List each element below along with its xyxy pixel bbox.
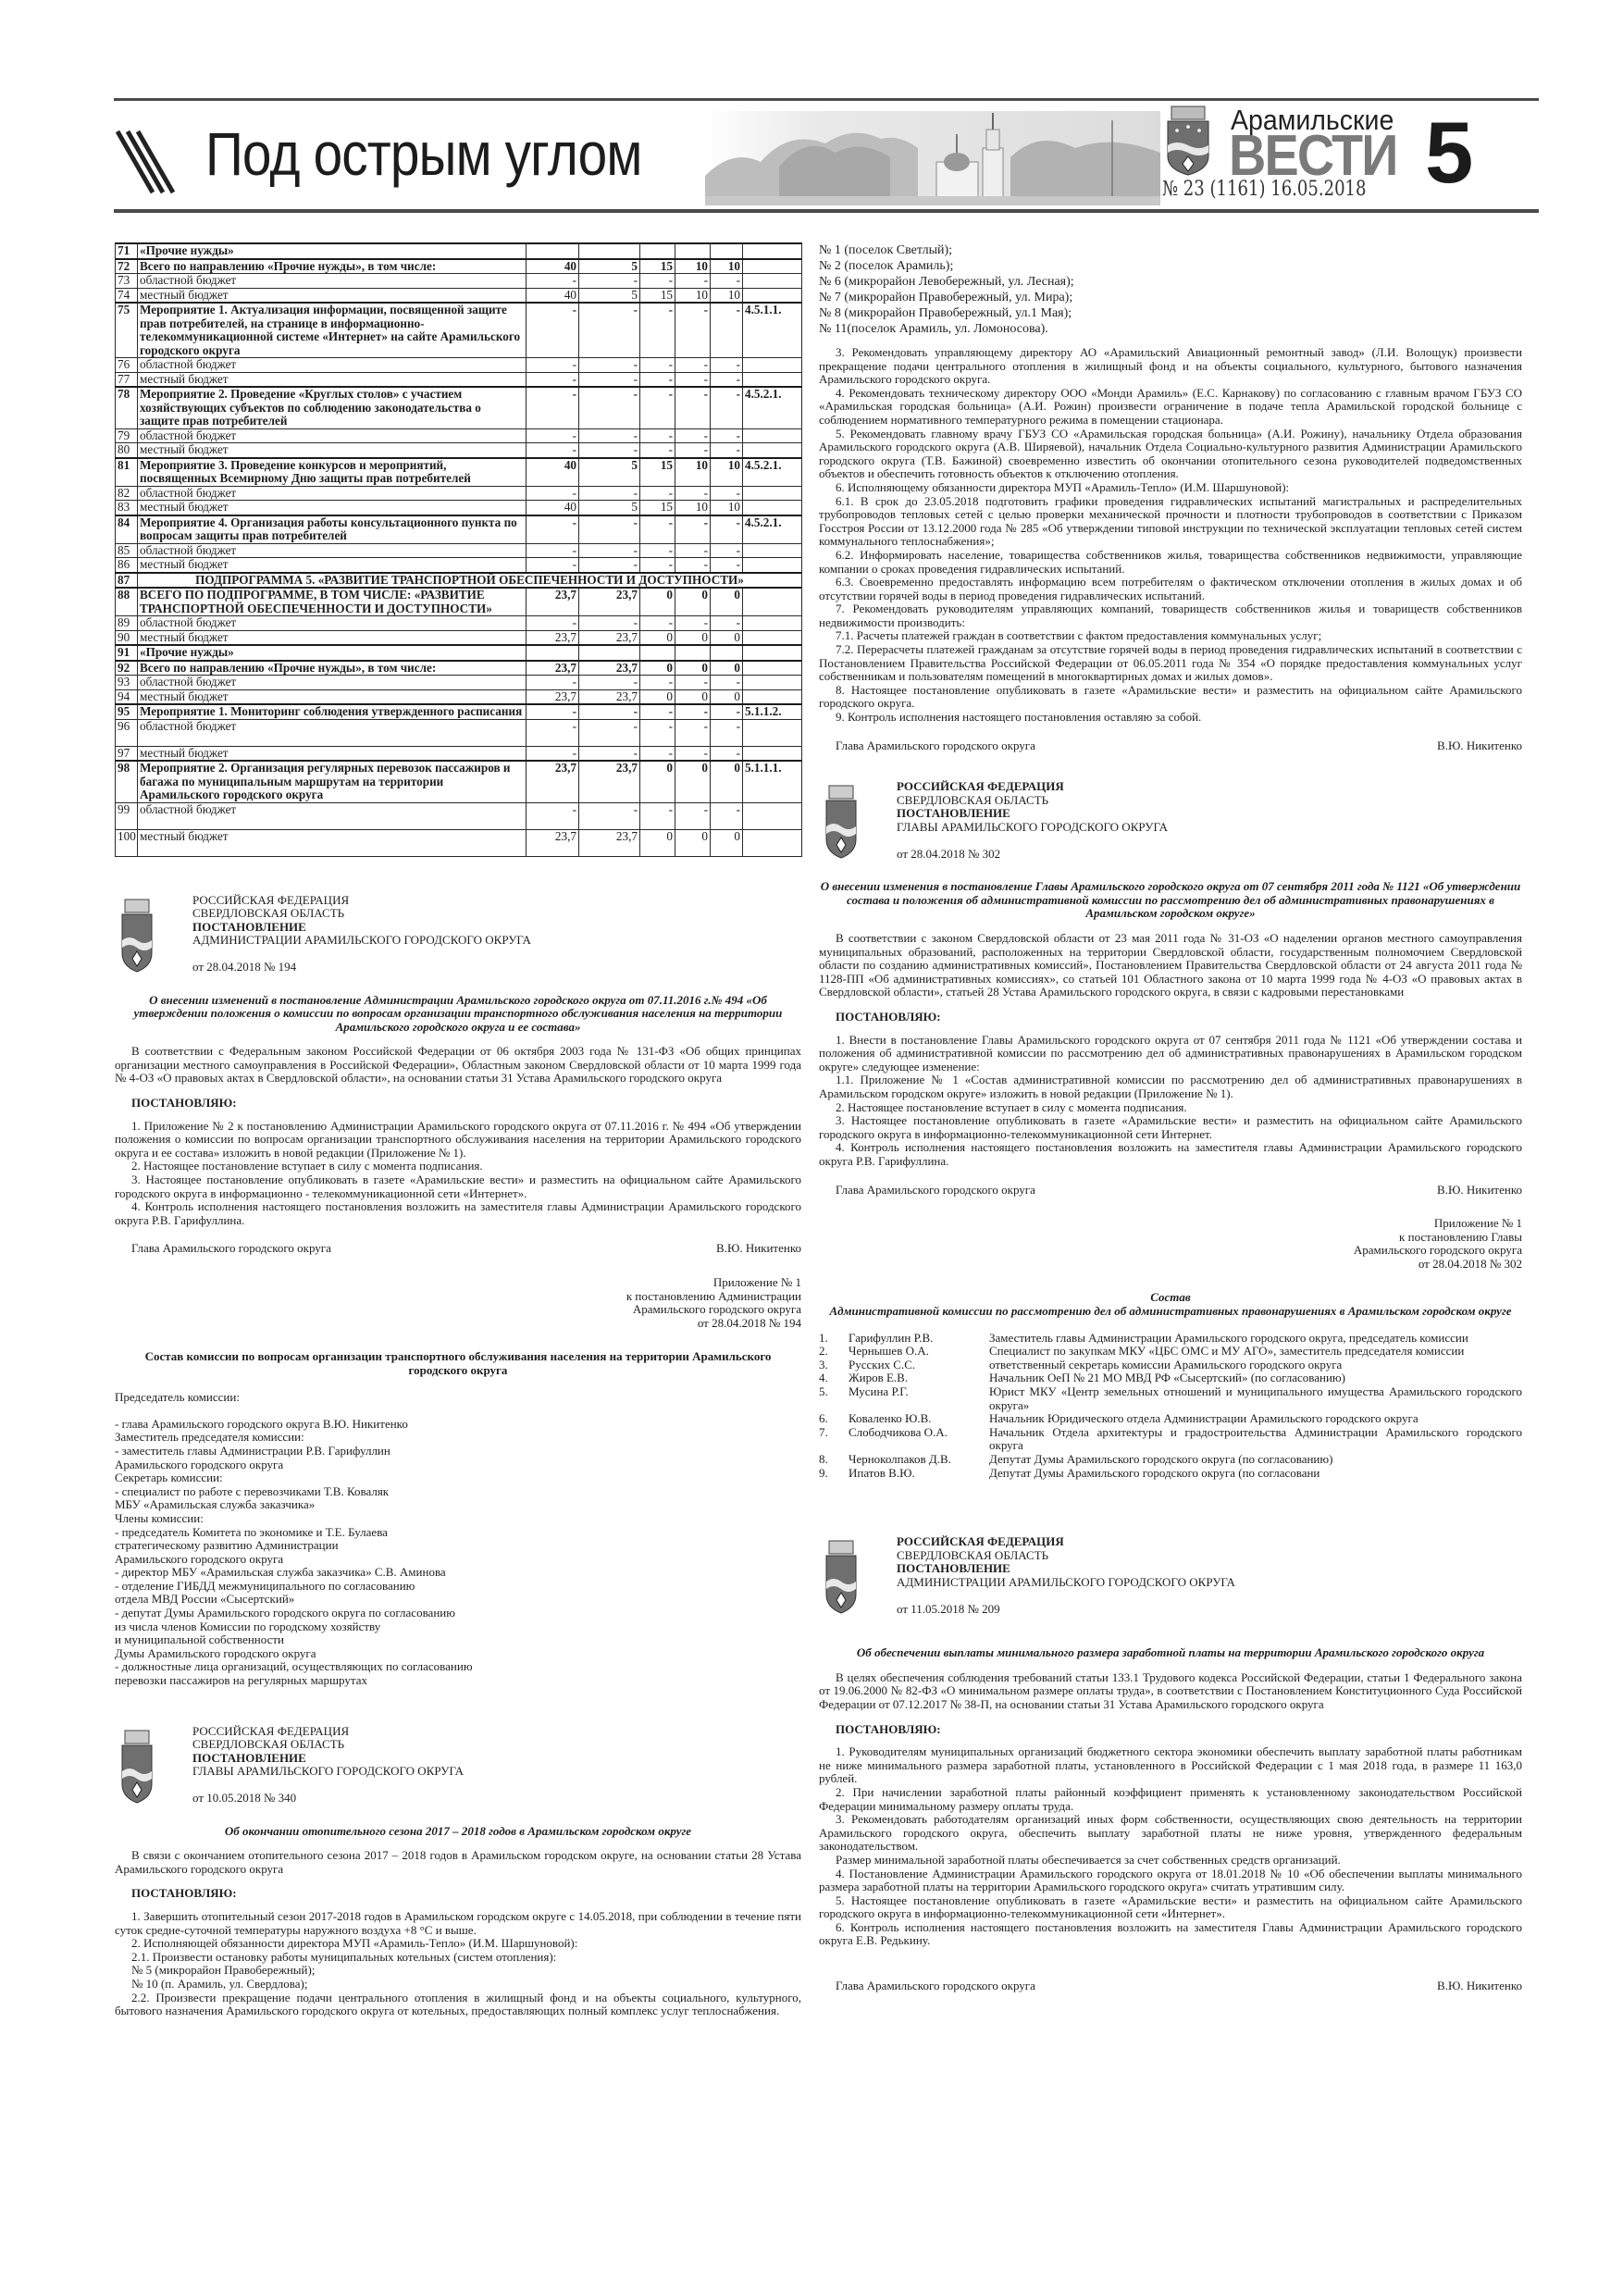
table-cell: «Прочие нужды» [138,645,527,661]
composition-line: Председатель комиссии: [115,1391,801,1405]
table-cell: местный бюджет [138,372,527,387]
table-cell: 15 [640,259,675,274]
table-cell: - [640,372,675,387]
signer-name: В.Ю. Никитенко [1437,739,1522,753]
decree-paragraph: Размер минимальной заработной платы обес… [819,1854,1522,1868]
table-cell: областной бюджет [138,358,527,373]
decree-paragraph: 3. Настоящее постановление опубликовать … [819,1114,1522,1141]
table-cell: 10 [675,501,711,515]
table-cell [579,645,640,661]
text-line: от 28.04.2018 № 194 [115,1317,801,1331]
org-country: РОССИЙСКАЯ ФЕДЕРАЦИЯ [192,894,801,908]
table-cell: - [640,486,675,501]
member-name: Гарифуллин Р.В. [849,1332,985,1346]
signer-title: Глава Арамильского городского округа [131,1242,331,1256]
table-cell: 0 [675,829,711,856]
table-cell: Всего по направлению «Прочие нужды», в т… [138,259,527,274]
table-cell: - [711,515,743,544]
table-cell: 0 [675,689,711,704]
table-cell: 71 [116,243,138,259]
table-cell: - [579,558,640,573]
decree-302-header: РОССИЙСКАЯ ФЕДЕРАЦИЯ СВЕРДЛОВСКАЯ ОБЛАСТ… [819,780,1522,867]
table-cell [743,661,802,676]
decree-paragraph: № 10 (п. Арамиль, ул. Свердлова); [115,1978,801,1992]
decree-paragraph: 7. Рекомендовать руководителям управляющ… [819,602,1522,629]
table-cell: 10 [675,288,711,303]
table-cell: - [640,428,675,443]
member-name: Коваленко Ю.В. [849,1412,985,1426]
text-line: Приложение № 1 [819,1217,1522,1231]
table-cell: - [640,676,675,690]
table-cell: 88 [116,588,138,616]
table-cell: - [711,358,743,373]
table-cell: - [711,558,743,573]
table-row: 92Всего по направлению «Прочие нужды», в… [116,661,802,676]
table-cell: 5.1.1.2. [743,704,802,719]
left-column: 71«Прочие нужды»72Всего по направлению «… [115,242,801,2018]
header-rule-bottom [114,209,1539,213]
table-cell: - [675,428,711,443]
decree-items: 1. Руководителям муниципальных организац… [819,1745,1522,1948]
table-cell: - [640,719,675,746]
resolve-heading: ПОСТАНОВЛЯЮ: [131,1887,801,1901]
table-cell: «Прочие нужды» [138,243,527,259]
composition-line: перевозки пассажиров на регулярных маршр… [115,1674,801,1688]
table-cell: - [527,676,579,690]
table-cell: 23,7 [527,689,579,704]
table-cell: Мероприятие 1. Мониторинг соблюдения утв… [138,704,527,719]
member-number: 4. [819,1371,845,1385]
signature-block: Глава Арамильского городского округа В.Ю… [115,1242,801,1256]
table-cell: 4.5.2.1. [743,515,802,544]
table-row: 98Мероприятие 2. Организация регулярных … [116,761,802,802]
table-cell [743,259,802,274]
table-row: 95Мероприятие 1. Мониторинг соблюдения у… [116,704,802,719]
table-cell: - [527,387,579,428]
issuer: АДМИНИСТРАЦИИ АРАМИЛЬСКОГО ГОРОДСКОГО ОК… [897,1576,1522,1590]
issue-info: № 23 (1161) 16.05.2018 [1162,178,1367,201]
table-cell: 90 [116,630,138,645]
table-cell: местный бюджет [138,829,527,856]
table-row: 84Мероприятие 4. Организация работы конс… [116,515,802,544]
decree-paragraph: 1. Завершить отопительный сезон 2017-201… [115,1910,801,1937]
page-number: 5 [1425,109,1473,196]
coat-of-arms-icon [120,1729,154,1805]
table-cell: местный бюджет [138,746,527,761]
table-cell: - [640,515,675,544]
boiler-item: № 6 (микрорайон Левобережный, ул. Лесная… [819,274,1522,290]
table-cell [640,243,675,259]
boiler-item: № 8 (микрорайон Правобережный, ул.1 Мая)… [819,305,1522,321]
table-cell [743,501,802,515]
table-row: 90местный бюджет23,723,7000 [116,630,802,645]
table-cell: - [527,719,579,746]
table-row: 82областной бюджет----- [116,486,802,501]
member-number: 5. [819,1385,845,1412]
member-name: Слободчикова О.А. [849,1426,985,1453]
table-cell: 0 [711,588,743,616]
table-cell: областной бюджет [138,543,527,558]
table-cell [579,243,640,259]
member-name: Ипатов В.Ю. [849,1467,985,1481]
decree-paragraph: 6. Исполняющему обязанности директора МУ… [819,481,1522,495]
decree-items: 1. Внести в постановление Главы Арамильс… [819,1034,1522,1169]
table-cell [743,486,802,501]
signer-title: Глава Арамильского городского округа [836,1980,1035,1993]
table-cell: 10 [711,288,743,303]
table-cell: - [579,358,640,373]
table-cell [743,746,802,761]
table-row: 86местный бюджет----- [116,558,802,573]
table-cell: 23,7 [579,689,640,704]
table-cell: - [579,719,640,746]
member-name: Жиров Е.В. [849,1371,985,1385]
right-column: № 1 (поселок Светлый);№ 2 (поселок Арами… [819,242,1522,1993]
table-cell: Мероприятие 2. Организация регулярных пе… [138,761,527,802]
table-cell: областной бюджет [138,676,527,690]
table-cell: местный бюджет [138,689,527,704]
table-cell [527,243,579,259]
decree-paragraph: 2. Настоящее постановление вступает в си… [819,1101,1522,1115]
member-role: Начальник Юридического отдела Администра… [989,1412,1522,1426]
issuer: АДМИНИСТРАЦИИ АРАМИЛЬСКОГО ГОРОДСКОГО ОК… [192,934,801,948]
table-cell: 23,7 [527,588,579,616]
decree-preamble: В соответствии с Федеральным законом Рос… [115,1045,801,1086]
table-cell: - [527,616,579,631]
decree-paragraph: 6.3. Своевременно предоставлять информац… [819,576,1522,602]
table-cell: - [640,443,675,458]
table-cell [675,243,711,259]
table-cell [743,558,802,573]
table-cell: 40 [527,288,579,303]
table-cell: 100 [116,829,138,856]
composition-line: - заместитель главы Администрации Р.В. Г… [115,1445,801,1458]
signer-name: В.Ю. Никитенко [1437,1184,1522,1198]
table-cell: - [640,274,675,289]
table-cell: 0 [711,829,743,856]
table-cell: 23,7 [579,829,640,856]
table-cell: - [711,486,743,501]
decree-paragraph: 1. Руководителям муниципальных организац… [819,1745,1522,1786]
table-row: 96областной бюджет----- [116,719,802,746]
composition-line: - председатель Комитета по экономике и Т… [115,1526,801,1540]
table-cell: 0 [640,661,675,676]
table-cell: - [527,543,579,558]
decree-paragraph: 1.1. Приложение № 1 «Состав администрати… [819,1074,1522,1100]
composition-line: - отделение ГИБДД межмуниципального по с… [115,1580,801,1594]
table-cell [743,689,802,704]
table-cell [743,372,802,387]
table-cell: - [640,802,675,829]
table-cell: 72 [116,259,138,274]
table-cell [743,274,802,289]
decree-preamble: В соответствии с законом Свердловской об… [819,932,1522,999]
table-cell: 0 [711,689,743,704]
table-row: 99областной бюджет----- [116,802,802,829]
table-cell [711,645,743,661]
member-number: 7. [819,1426,845,1453]
member-number: 1. [819,1332,845,1346]
table-cell [743,645,802,661]
table-cell: 95 [116,704,138,719]
decree-paragraph: № 5 (микрорайон Правобережный); [115,1964,801,1978]
composition-line [115,1404,801,1418]
table-cell: - [675,616,711,631]
issuer: ГЛАВЫ АРАМИЛЬСКОГО ГОРОДСКОГО ОКРУГА [192,1765,801,1779]
table-cell: областной бюджет [138,486,527,501]
table-cell: - [675,358,711,373]
member-role: Заместитель главы Администрации Арамильс… [989,1332,1522,1346]
table-cell [743,543,802,558]
decree-paragraph: 4. Рекомендовать техническому директору … [819,387,1522,428]
member-name: Мусина Р.Г. [849,1385,985,1412]
table-cell: 5 [579,259,640,274]
table-cell: - [711,719,743,746]
decree-paragraph: 5. Рекомендовать главному врачу ГБУЗ СО … [819,428,1522,481]
table-cell: Мероприятие 4. Организация работы консул… [138,515,527,544]
boiler-item: № 11(поселок Арамиль, ул. Ломоносова). [819,321,1522,337]
table-row: 91«Прочие нужды» [116,645,802,661]
table-cell: - [527,486,579,501]
table-cell: - [675,704,711,719]
table-cell: 74 [116,288,138,303]
table-cell: - [711,428,743,443]
member-number: 9. [819,1467,845,1481]
table-cell: 96 [116,719,138,746]
table-cell: - [579,387,640,428]
decree-paragraph: 1. Приложение № 2 к постановлению Админи… [115,1120,801,1160]
member-role: Юрист МКУ «Центр земельных отношений и м… [989,1385,1522,1412]
table-cell: - [675,746,711,761]
table-cell: 0 [640,689,675,704]
table-row: 80местный бюджет----- [116,443,802,458]
boiler-list: № 1 (поселок Светлый);№ 2 (поселок Арами… [819,242,1522,337]
table-cell: - [579,543,640,558]
table-cell: - [527,746,579,761]
composition-line: и муниципальной собственности [115,1633,801,1647]
table-cell [527,645,579,661]
table-row: 83местный бюджет405151010 [116,501,802,515]
table-cell [743,829,802,856]
table-cell: 23,7 [527,661,579,676]
text-line: Состав [819,1291,1522,1305]
table-row: 88ВСЕГО ПО ПОДПРОГРАММЕ, В ТОМ ЧИСЛЕ: «Р… [116,588,802,616]
table-cell: - [675,676,711,690]
table-cell: Всего по направлению «Прочие нужды», в т… [138,661,527,676]
doc-type: ПОСТАНОВЛЕНИЕ [897,807,1522,821]
church-landscape-photo [705,111,1160,205]
boiler-item: № 7 (микрорайон Правобережный, ул. Мира)… [819,290,1522,305]
composition-line: Секретарь комиссии: [115,1471,801,1485]
table-row: 89областной бюджет----- [116,616,802,631]
table-cell: 4.5.2.1. [743,458,802,487]
decree-date: от 28.04.2018 № 194 [192,961,801,974]
text-line: к постановлению Главы [819,1231,1522,1245]
table-cell: 10 [711,458,743,487]
table-cell: ВСЕГО ПО ПОДПРОГРАММЕ, В ТОМ ЧИСЛЕ: «РАЗ… [138,588,527,616]
table-cell: 89 [116,616,138,631]
boiler-item: № 2 (поселок Арамиль); [819,258,1522,274]
org-country: РОССИЙСКАЯ ФЕДЕРАЦИЯ [192,1725,801,1739]
doc-type: ПОСТАНОВЛЕНИЕ [192,1752,801,1766]
table-cell: ПОДПРОГРАММА 5. «РАЗВИТИЕ ТРАНСПОРТНОЙ О… [138,573,802,589]
table-cell [743,358,802,373]
composition-line: - депутат Думы Арамильского городского о… [115,1607,801,1620]
composition-line: МБУ «Арамильская служба заказчика» [115,1498,801,1512]
decree-paragraph: 7.2. Перерасчеты платежей гражданам за о… [819,643,1522,684]
resolve-heading: ПОСТАНОВЛЯЮ: [836,1723,1522,1737]
composition-line: - глава Арамильского городского округа В… [115,1418,801,1432]
table-cell: 4.5.2.1. [743,387,802,428]
decree-paragraph: 8. Настоящее постановление опубликовать … [819,684,1522,711]
composition-title: СоставАдминистративной комиссии по рассм… [819,1291,1522,1318]
member-role: Депутат Думы Арамильского городского окр… [989,1453,1522,1467]
signer-name: В.Ю. Никитенко [716,1242,801,1256]
table-cell: областной бюджет [138,719,527,746]
table-cell: 0 [640,588,675,616]
table-cell: Мероприятие 1. Актуализация информации, … [138,303,527,358]
member-role: ответственный секретарь комиссии Арамиль… [989,1359,1522,1372]
table-cell: 5 [579,288,640,303]
table-cell: - [579,676,640,690]
table-cell: 85 [116,543,138,558]
table-cell: 5 [579,501,640,515]
table-cell [640,645,675,661]
table-cell: 92 [116,661,138,676]
coat-of-arms-icon [824,784,858,860]
member-role: Начальник Отдела архитектуры и градостро… [989,1426,1522,1453]
table-cell: 0 [675,588,711,616]
table-cell: - [675,372,711,387]
table-cell: - [675,303,711,358]
decree-paragraph: 4. Постановление Администрации Арамильск… [819,1868,1522,1894]
signature-block: Глава Арамильского городского округа В.Ю… [819,739,1522,753]
table-cell: 23,7 [579,630,640,645]
table-cell [743,443,802,458]
decree-paragraph: 2.2. Произвести прекращение подачи центр… [115,1992,801,2018]
table-cell: - [527,704,579,719]
table-row: 76областной бюджет----- [116,358,802,373]
decree-paragraph: 6.2. Информировать население, товарищест… [819,549,1522,576]
issuer: ГЛАВЫ АРАМИЛЬСКОГО ГОРОДСКОГО ОКРУГА [897,821,1522,835]
table-row: 100местный бюджет23,723,7000 [116,829,802,856]
table-cell: 15 [640,458,675,487]
table-cell: 0 [640,829,675,856]
table-cell: 0 [675,661,711,676]
table-cell: - [527,802,579,829]
composition-line: отдела МВД России «Сысертский» [115,1593,801,1607]
decree-date: от 28.04.2018 № 302 [897,848,1522,862]
table-cell: 83 [116,501,138,515]
composition-line: из числа членов Комиссии по городскому х… [115,1620,801,1634]
table-cell: 98 [116,761,138,802]
table-cell: - [640,616,675,631]
decree-paragraph: 3. Рекомендовать управляющему директору … [819,346,1522,387]
table-row: 87ПОДПРОГРАММА 5. «РАЗВИТИЕ ТРАНСПОРТНОЙ… [116,573,802,589]
commission-members: 1.Гарифуллин Р.В.Заместитель главы Админ… [819,1332,1522,1481]
table-cell [743,630,802,645]
table-cell: 77 [116,372,138,387]
member-role: Депутат Думы Арамильского городского окр… [989,1467,1522,1481]
org-region: СВЕРДЛОВСКАЯ ОБЛАСТЬ [192,907,801,921]
table-cell: - [711,802,743,829]
table-cell: - [675,719,711,746]
composition-line: - специалист по работе с перевозчиками Т… [115,1485,801,1499]
table-cell: - [675,387,711,428]
text-line: к постановлению Администрации [115,1290,801,1304]
annex-note: Приложение № 1к постановлению Администра… [115,1276,801,1330]
table-cell: - [579,704,640,719]
table-row: 79областной бюджет----- [116,428,802,443]
table-cell: - [711,387,743,428]
decree-preamble: В целях обеспечения соблюдения требовани… [819,1671,1522,1712]
table-cell: 97 [116,746,138,761]
table-cell [743,719,802,746]
table-cell: 5.1.1.1. [743,761,802,802]
table-cell: Мероприятие 3. Проведение конкурсов и ме… [138,458,527,487]
table-cell: - [579,443,640,458]
decree-paragraph: 4. Контроль исполнения настоящего постан… [115,1200,801,1227]
table-cell: - [527,515,579,544]
table-cell: 10 [675,259,711,274]
table-cell: - [579,746,640,761]
table-cell: 40 [527,501,579,515]
table-cell: местный бюджет [138,443,527,458]
composition-line: Думы Арамильского городского округа [115,1647,801,1661]
table-cell [743,802,802,829]
table-cell: - [527,303,579,358]
table-cell: 0 [711,630,743,645]
table-cell: 5 [579,458,640,487]
org-region: СВЕРДЛОВСКАЯ ОБЛАСТЬ [897,794,1522,808]
signature-block: Глава Арамильского городского округа В.Ю… [819,1980,1522,1993]
table-cell: областной бюджет [138,802,527,829]
table-cell: - [675,443,711,458]
table-cell: 82 [116,486,138,501]
member-name: Чернышев О.А. [849,1345,985,1359]
table-cell: 15 [640,501,675,515]
member-number: 8. [819,1453,845,1467]
member-role: Специалист по закупкам МКУ «ЦБС ОМС и МУ… [989,1345,1522,1359]
table-cell: - [579,428,640,443]
table-cell: 4.5.1.1. [743,303,802,358]
composition-list: Председатель комиссии:- глава Арамильско… [115,1391,801,1688]
decree-title: Об обеспечении выплаты минимального разм… [819,1646,1522,1660]
decree-paragraph: 5. Настоящее постановление опубликовать … [819,1894,1522,1921]
table-cell: - [640,558,675,573]
table-cell: - [640,303,675,358]
table-cell: - [579,274,640,289]
signer-title: Глава Арамильского городского округа [836,1184,1035,1198]
composition-line: Арамильского городского округа [115,1458,801,1472]
table-cell [743,616,802,631]
table-cell: - [579,802,640,829]
signer-title: Глава Арамильского городского округа [836,739,1035,753]
table-row: 71«Прочие нужды» [116,243,802,259]
table-cell: 99 [116,802,138,829]
table-cell: местный бюджет [138,288,527,303]
table-cell: - [579,372,640,387]
table-row: 74местный бюджет405151010 [116,288,802,303]
decree-194-header: РОССИЙСКАЯ ФЕДЕРАЦИЯ СВЕРДЛОВСКАЯ ОБЛАСТ… [115,894,801,981]
table-cell: - [579,303,640,358]
decree-items-continued: 3. Рекомендовать управляющему директору … [819,346,1522,725]
header-rule-top [114,98,1539,101]
table-cell: - [711,746,743,761]
decree-paragraph: 6.1. В срок до 23.05.2018 подготовить гр… [819,495,1522,549]
table-cell: - [711,303,743,358]
resolve-heading: ПОСТАНОВЛЯЮ: [836,1011,1522,1024]
